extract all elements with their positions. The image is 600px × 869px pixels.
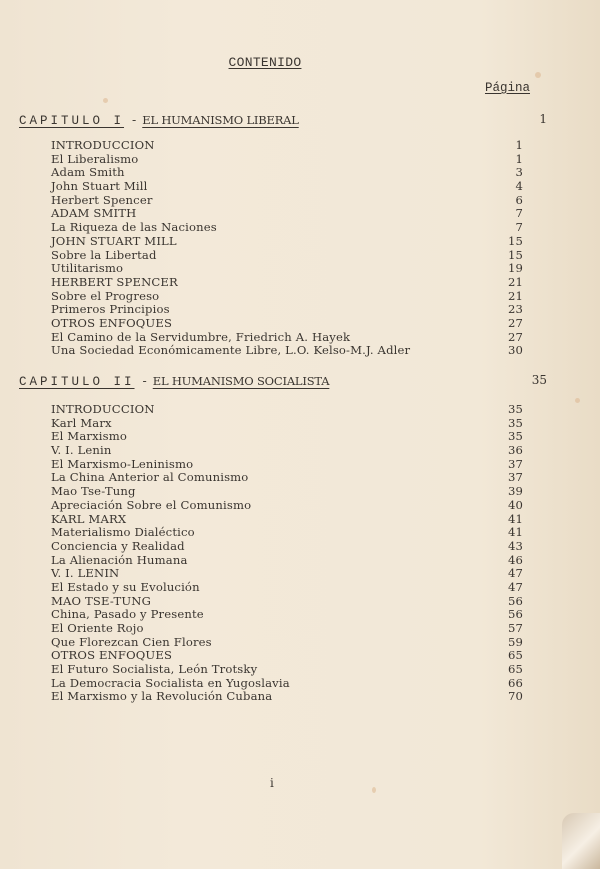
toc-entry: Una Sociedad Económicamente Libre, L.O. … xyxy=(51,344,523,358)
toc-entry: MAO TSE-TUNG56 xyxy=(51,595,523,609)
paper-stain xyxy=(575,398,580,403)
toc-entry-page: 27 xyxy=(508,331,523,345)
chapter-1-entries: INTRODUCCION1El Liberalismo1Adam Smith3J… xyxy=(51,139,523,358)
toc-entry: Karl Marx35 xyxy=(51,417,523,431)
toc-entry: Mao Tse-Tung39 xyxy=(51,485,523,499)
toc-entry: Conciencia y Realidad43 xyxy=(51,540,523,554)
toc-entry-label: JOHN STUART MILL xyxy=(51,234,177,248)
toc-entry: Que Florezcan Cien Flores59 xyxy=(51,636,523,650)
chapter-number: CAPITULO I xyxy=(19,114,124,128)
toc-entry-label: Karl Marx xyxy=(51,416,112,430)
chapter-page: 1 xyxy=(539,112,547,126)
toc-entry: La Riqueza de las Naciones7 xyxy=(51,221,523,235)
toc-entry-label: China, Pasado y Presente xyxy=(51,607,204,621)
toc-entry-page: 15 xyxy=(508,249,523,263)
toc-entry-label: Sobre el Progreso xyxy=(51,289,159,303)
toc-entry: El Marxismo-Leninismo37 xyxy=(51,458,523,472)
toc-entry-page: 57 xyxy=(508,622,523,636)
toc-entry: La China Anterior al Comunismo37 xyxy=(51,471,523,485)
toc-entry-label: El Marxismo xyxy=(51,429,127,443)
toc-entry: El Futuro Socialista, León Trotsky65 xyxy=(51,663,523,677)
page-folio: i xyxy=(270,776,274,790)
chapter-heading-2: CAPITULO II-EL HUMANISMO SOCIALISTA 35 xyxy=(19,373,547,389)
toc-entry-page: 39 xyxy=(508,485,523,499)
toc-entry: Primeros Principios23 xyxy=(51,303,523,317)
toc-entry-page: 65 xyxy=(508,649,523,663)
toc-entry: China, Pasado y Presente56 xyxy=(51,608,523,622)
toc-entry-label: Apreciación Sobre el Comunismo xyxy=(51,498,251,512)
toc-entry-page: 21 xyxy=(508,276,523,290)
toc-entry-label: V. I. LENIN xyxy=(51,566,119,580)
toc-entry-page: 35 xyxy=(508,417,523,431)
toc-entry-page: 46 xyxy=(508,554,523,568)
chapter-page: 35 xyxy=(532,373,547,387)
toc-entry: La Democracia Socialista en Yugoslavia66 xyxy=(51,677,523,691)
toc-entry-label: Herbert Spencer xyxy=(51,193,153,207)
toc-entry-page: 1 xyxy=(515,153,523,167)
toc-entry: El Estado y su Evolución47 xyxy=(51,581,523,595)
chapter-heading-1: CAPITULO I-EL HUMANISMO LIBERAL 1 xyxy=(19,112,547,128)
toc-entry-label: INTRODUCCION xyxy=(51,138,155,152)
toc-entry: El Oriente Rojo57 xyxy=(51,622,523,636)
toc-entry-label: El Marxismo-Leninismo xyxy=(51,457,193,471)
toc-entry-label: El Camino de la Servidumbre, Friedrich A… xyxy=(51,330,350,344)
chapter-number: CAPITULO II xyxy=(19,375,135,389)
toc-entry-label: El Estado y su Evolución xyxy=(51,580,200,594)
toc-entry: El Marxismo y la Revolución Cubana70 xyxy=(51,690,523,704)
toc-entry: V. I. Lenin36 xyxy=(51,444,523,458)
toc-entry-label: Conciencia y Realidad xyxy=(51,539,185,553)
toc-entry-page: 37 xyxy=(508,471,523,485)
toc-entry-label: Que Florezcan Cien Flores xyxy=(51,635,212,649)
toc-entry: OTROS ENFOQUES65 xyxy=(51,649,523,663)
chapter-2-entries: INTRODUCCION35Karl Marx35El Marxismo35V.… xyxy=(51,403,523,704)
toc-entry-page: 35 xyxy=(508,430,523,444)
toc-entry-page: 30 xyxy=(508,344,523,358)
toc-entry-label: Adam Smith xyxy=(51,165,125,179)
toc-entry-page: 65 xyxy=(508,663,523,677)
toc-entry-label: Utilitarismo xyxy=(51,261,123,275)
toc-entry-page: 7 xyxy=(515,221,523,235)
scanned-page: CONTENIDO Página CAPITULO I-EL HUMANISMO… xyxy=(0,0,600,869)
toc-entry-label: INTRODUCCION xyxy=(51,402,155,416)
page-column-header: Página xyxy=(485,81,530,95)
toc-entry: Herbert Spencer6 xyxy=(51,194,523,208)
toc-entry-page: 56 xyxy=(508,608,523,622)
toc-entry: Sobre la Libertad15 xyxy=(51,249,523,263)
toc-entry-label: La Alienación Humana xyxy=(51,553,188,567)
toc-entry-label: Sobre la Libertad xyxy=(51,248,157,262)
page-title: CONTENIDO xyxy=(0,55,530,70)
toc-entry-page: 41 xyxy=(508,526,523,540)
toc-entry-label: HERBERT SPENCER xyxy=(51,275,178,289)
paper-stain xyxy=(103,98,108,103)
toc-entry-label: El Liberalismo xyxy=(51,152,138,166)
toc-entry: INTRODUCCION1 xyxy=(51,139,523,153)
toc-entry: Adam Smith3 xyxy=(51,166,523,180)
toc-entry-label: Materialismo Dialéctico xyxy=(51,525,195,539)
toc-entry-page: 56 xyxy=(508,595,523,609)
toc-entry: La Alienación Humana46 xyxy=(51,554,523,568)
toc-entry: Utilitarismo19 xyxy=(51,262,523,276)
toc-entry-page: 7 xyxy=(515,207,523,221)
toc-entry-page: 47 xyxy=(508,581,523,595)
toc-entry-page: 15 xyxy=(508,235,523,249)
toc-entry: V. I. LENIN47 xyxy=(51,567,523,581)
toc-entry-label: John Stuart Mill xyxy=(51,179,148,193)
toc-entry: El Camino de la Servidumbre, Friedrich A… xyxy=(51,331,523,345)
toc-entry-page: 21 xyxy=(508,290,523,304)
toc-entry-page: 66 xyxy=(508,677,523,691)
toc-entry-label: MAO TSE-TUNG xyxy=(51,594,151,608)
toc-entry-label: El Futuro Socialista, León Trotsky xyxy=(51,662,257,676)
toc-entry-page: 23 xyxy=(508,303,523,317)
toc-entry-page: 37 xyxy=(508,458,523,472)
toc-entry: John Stuart Mill4 xyxy=(51,180,523,194)
toc-entry: Sobre el Progreso21 xyxy=(51,290,523,304)
toc-entry: El Liberalismo1 xyxy=(51,153,523,167)
toc-entry-page: 1 xyxy=(515,139,523,153)
toc-entry-page: 70 xyxy=(508,690,523,704)
toc-entry-page: 47 xyxy=(508,567,523,581)
toc-entry-page: 27 xyxy=(508,317,523,331)
toc-entry-page: 43 xyxy=(508,540,523,554)
toc-entry-page: 3 xyxy=(515,166,523,180)
toc-entry-page: 4 xyxy=(515,180,523,194)
toc-entry-label: El Oriente Rojo xyxy=(51,621,144,635)
toc-entry-label: OTROS ENFOQUES xyxy=(51,648,172,662)
toc-entry-label: ADAM SMITH xyxy=(51,206,136,220)
toc-entry-page: 59 xyxy=(508,636,523,650)
toc-entry-page: 35 xyxy=(508,403,523,417)
paper-stain xyxy=(372,787,376,793)
chapter-separator: - xyxy=(132,112,136,127)
toc-entry-label: La China Anterior al Comunismo xyxy=(51,470,248,484)
page-corner-curl xyxy=(562,813,600,869)
toc-entry-label: La Riqueza de las Naciones xyxy=(51,220,217,234)
toc-entry-page: 40 xyxy=(508,499,523,513)
toc-entry-page: 36 xyxy=(508,444,523,458)
toc-entry-page: 41 xyxy=(508,513,523,527)
toc-entry: El Marxismo35 xyxy=(51,430,523,444)
chapter-name: EL HUMANISMO LIBERAL xyxy=(142,113,298,127)
toc-entry-label: Primeros Principios xyxy=(51,302,170,316)
toc-entry: Apreciación Sobre el Comunismo40 xyxy=(51,499,523,513)
paper-stain xyxy=(535,72,541,78)
toc-entry: JOHN STUART MILL15 xyxy=(51,235,523,249)
toc-entry-label: Una Sociedad Económicamente Libre, L.O. … xyxy=(51,343,410,357)
toc-entry-label: OTROS ENFOQUES xyxy=(51,316,172,330)
toc-entry-label: Mao Tse-Tung xyxy=(51,484,136,498)
toc-entry: INTRODUCCION35 xyxy=(51,403,523,417)
toc-entry-page: 19 xyxy=(508,262,523,276)
toc-entry: HERBERT SPENCER21 xyxy=(51,276,523,290)
toc-entry-label: KARL MARX xyxy=(51,512,126,526)
toc-entry-page: 6 xyxy=(515,194,523,208)
toc-entry: OTROS ENFOQUES27 xyxy=(51,317,523,331)
toc-entry-label: V. I. Lenin xyxy=(51,443,112,457)
toc-entry: Materialismo Dialéctico41 xyxy=(51,526,523,540)
toc-entry: ADAM SMITH7 xyxy=(51,207,523,221)
toc-entry-label: El Marxismo y la Revolución Cubana xyxy=(51,689,272,703)
toc-entry: KARL MARX41 xyxy=(51,513,523,527)
chapter-separator: - xyxy=(143,373,147,388)
toc-entry-label: La Democracia Socialista en Yugoslavia xyxy=(51,676,290,690)
chapter-name: EL HUMANISMO SOCIALISTA xyxy=(153,374,330,388)
